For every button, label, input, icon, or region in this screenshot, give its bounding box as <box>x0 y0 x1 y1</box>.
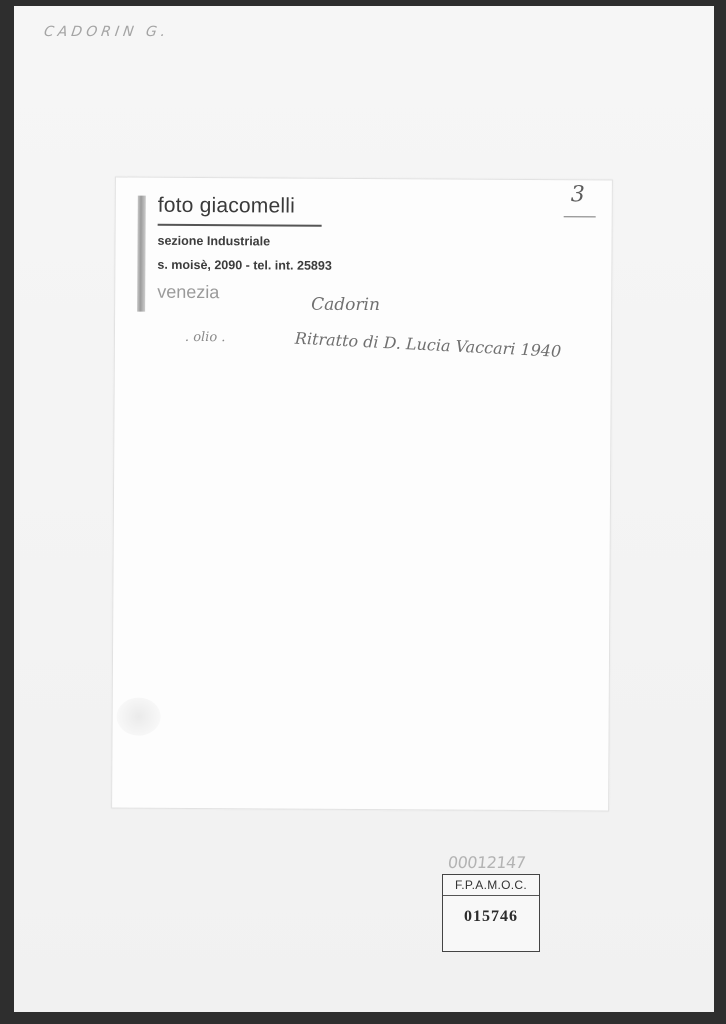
archive-stamp-number: 015746 <box>443 896 539 938</box>
archive-institution: F.P.A.M.O.C. <box>443 875 539 896</box>
stamp-brand-name: giacomelli <box>200 194 296 218</box>
stamp-address: s. moisè, 2090 - tel. int. 25893 <box>157 258 331 273</box>
pencil-inventory-number: 00012147 <box>447 853 526 872</box>
pencil-artist-note: CADORIN G. <box>43 24 170 40</box>
photo-card-verso: foto giacomelli sezione Industriale s. m… <box>111 176 613 811</box>
archive-sheet: CADORIN G. foto giacomelli sezione Indus… <box>14 6 714 1012</box>
stamp-underline <box>158 224 322 227</box>
stamp-brand-prefix: foto <box>158 194 194 217</box>
handwritten-work-title: Ritratto di D. Lucia Vaccari 1940 <box>294 329 561 361</box>
sequence-number-underline <box>564 216 596 217</box>
handwritten-medium: . olio . <box>185 330 226 345</box>
stamp-department: sezione Industriale <box>158 234 271 249</box>
photographer-stamp: foto giacomelli sezione Industriale s. m… <box>138 194 368 195</box>
stamp-brand: foto giacomelli <box>158 194 295 219</box>
stamp-city: venezia <box>157 282 219 303</box>
archive-stamp-box: F.P.A.M.O.C. 015746 <box>442 874 540 952</box>
stamp-side-bar <box>137 196 146 312</box>
stain-mark <box>117 698 161 736</box>
handwritten-sequence-number: 3 <box>571 182 585 207</box>
handwritten-artist: Cadorin <box>311 295 380 315</box>
